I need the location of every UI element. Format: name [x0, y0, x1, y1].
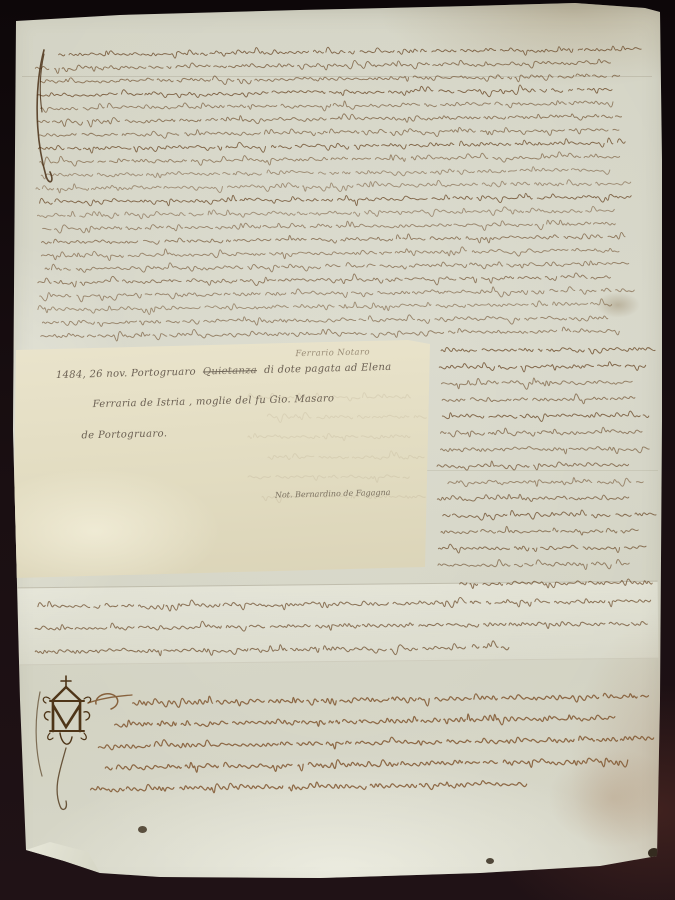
- note-line3: de Portogruaro.: [81, 428, 167, 441]
- note-line2: Ferraria de Istria , moglie del fu Gio. …: [92, 393, 334, 410]
- note-annotator-line: Ferrario Notaro: [295, 347, 370, 359]
- note-date: 1484, 26 nov. Portogruaro: [56, 367, 196, 381]
- archival-note-text: Ferrario Notaro 1484, 26 nov. Portogruar…: [7, 334, 437, 584]
- notary-signum-icon: [36, 676, 91, 809]
- note-date-line: 1484, 26 nov. PortogruaroQuietanzadi dot…: [56, 362, 392, 381]
- ego-initial-flourish: [88, 694, 132, 709]
- note-subject: di dote pagata ad Elena: [264, 362, 392, 376]
- note-attribution: Not. Bernardino de Fagagna: [275, 488, 391, 500]
- parchment-document: Ferrario Notaro 1484, 26 nov. Portogruar…: [0, 0, 675, 900]
- photograph-background: Ferrario Notaro 1484, 26 nov. Portogruar…: [0, 0, 675, 900]
- archival-note: Ferrario Notaro 1484, 26 nov. Portogruar…: [10, 339, 434, 579]
- margin-flourish: [37, 50, 52, 182]
- note-struck-word: Quietanza: [203, 365, 257, 377]
